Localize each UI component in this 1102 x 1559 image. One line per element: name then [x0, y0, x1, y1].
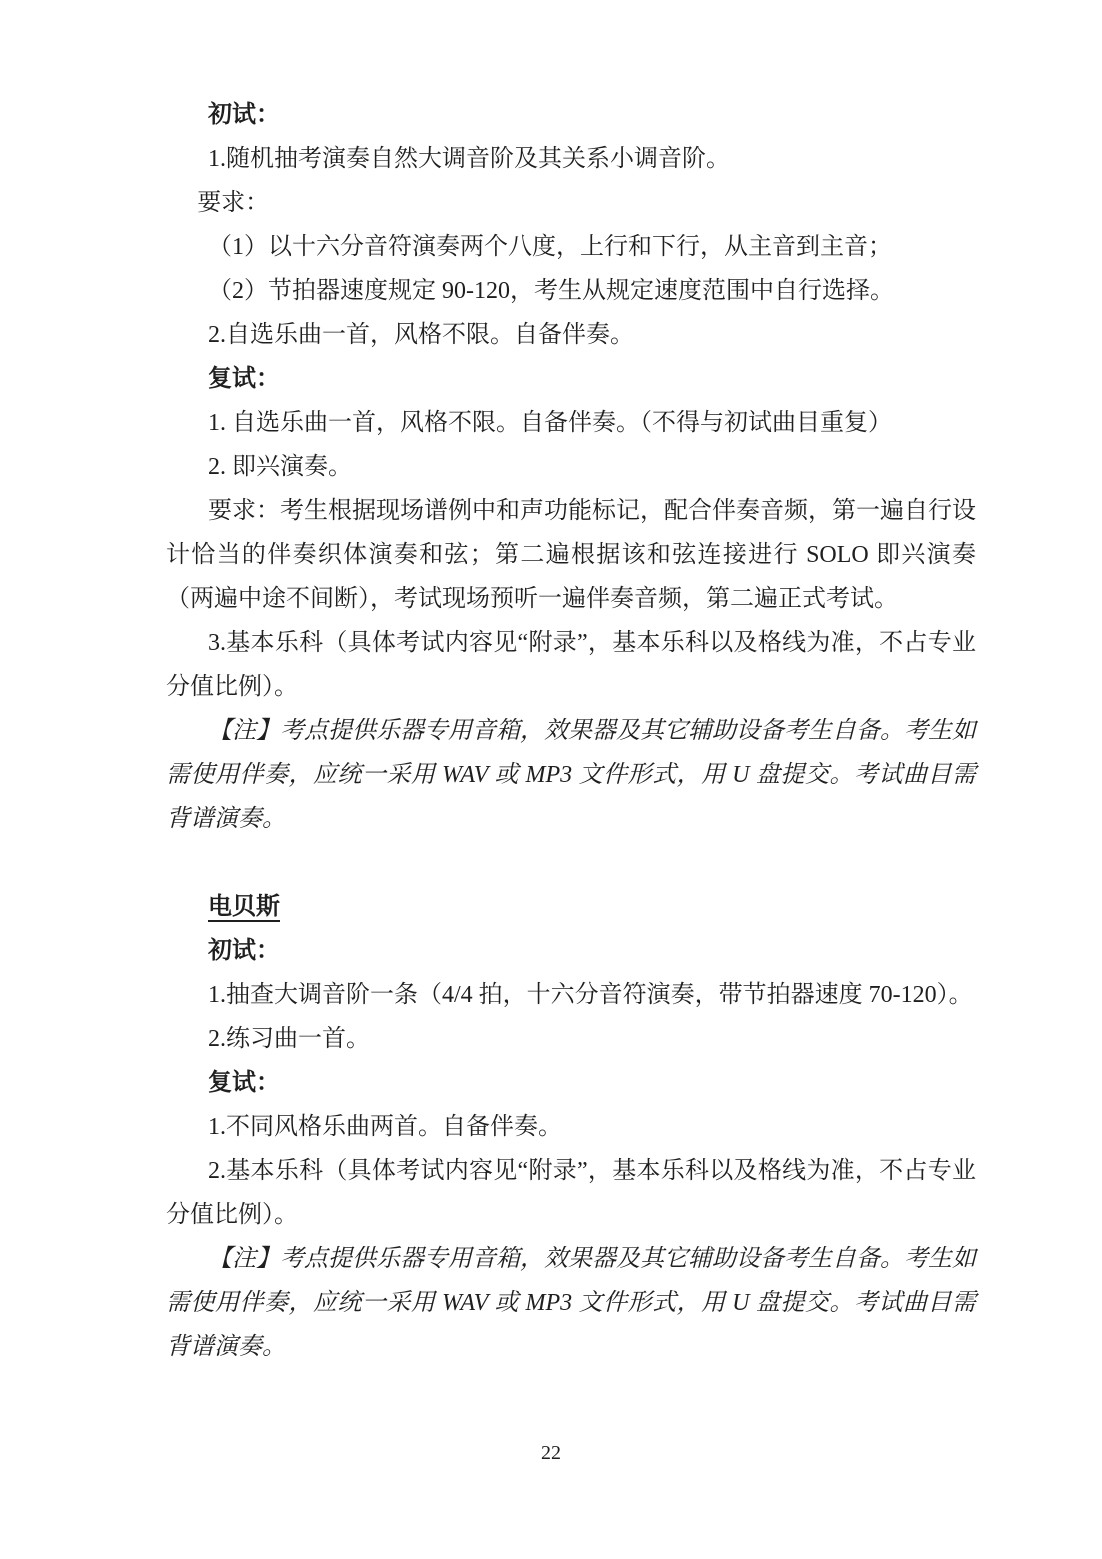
electric-bass-section-paragraph-5: 复试：	[166, 1061, 976, 1105]
document-page: 初试：1.随机抽考演奏自然大调音阶及其关系小调音阶。要求：（1）以十六分音符演奏…	[0, 0, 1102, 1559]
electric-bass-section-paragraph-8: 【注】考点提供乐器专用音箱，效果器及其它辅助设备考生自备。考生如需使用伴奏，应统…	[166, 1237, 976, 1369]
section-title-text: 电贝斯	[208, 894, 280, 920]
instrument-section-1-paragraph-9: 2. 即兴演奏。	[166, 445, 976, 489]
electric-bass-section-paragraph-3: 1.抽查大调音阶一条（4/4 拍，十六分音符演奏，带节拍器速度 70-120）。	[166, 973, 976, 1017]
page-number: 22	[0, 1440, 1102, 1466]
instrument-section-1-paragraph-4: （1）以十六分音符演奏两个八度，上行和下行，从主音到主音；	[166, 225, 976, 269]
document-content: 初试：1.随机抽考演奏自然大调音阶及其关系小调音阶。要求：（1）以十六分音符演奏…	[166, 93, 976, 1369]
instrument-section-1-paragraph-7: 复试：	[166, 357, 976, 401]
electric-bass-section-title: 电贝斯	[166, 885, 976, 929]
electric-bass-section-paragraph-2: 初试：	[166, 929, 976, 973]
instrument-section-1-paragraph-5: （2）节拍器速度规定 90-120，考生从规定速度范围中自行选择。	[166, 269, 976, 313]
electric-bass-section-paragraph-7: 2.基本乐科（具体考试内容见“附录”，基本乐科以及格线为准，不占专业分值比例）。	[166, 1149, 976, 1237]
instrument-section-1-paragraph-2: 1.随机抽考演奏自然大调音阶及其关系小调音阶。	[166, 137, 976, 181]
electric-bass-section-paragraph-6: 1.不同风格乐曲两首。自备伴奏。	[166, 1105, 976, 1149]
instrument-section-1-paragraph-8: 1. 自选乐曲一首，风格不限。自备伴奏。（不得与初试曲目重复）	[166, 401, 976, 445]
instrument-section-1-paragraph-3: 要求：	[166, 181, 976, 225]
instrument-section-1-paragraph-12: 【注】考点提供乐器专用音箱，效果器及其它辅助设备考生自备。考生如需使用伴奏，应统…	[166, 709, 976, 841]
instrument-section-1-paragraph-6: 2.自选乐曲一首，风格不限。自备伴奏。	[166, 313, 976, 357]
instrument-section-1-paragraph-10: 要求：考生根据现场谱例中和声功能标记，配合伴奏音频，第一遍自行设计恰当的伴奏织体…	[166, 489, 976, 621]
electric-bass-section-paragraph-4: 2.练习曲一首。	[166, 1017, 976, 1061]
instrument-section-1-paragraph-11: 3.基本乐科（具体考试内容见“附录”，基本乐科以及格线为准，不占专业分值比例）。	[166, 621, 976, 709]
instrument-section-1-paragraph-1: 初试：	[166, 93, 976, 137]
section-gap	[166, 841, 976, 885]
